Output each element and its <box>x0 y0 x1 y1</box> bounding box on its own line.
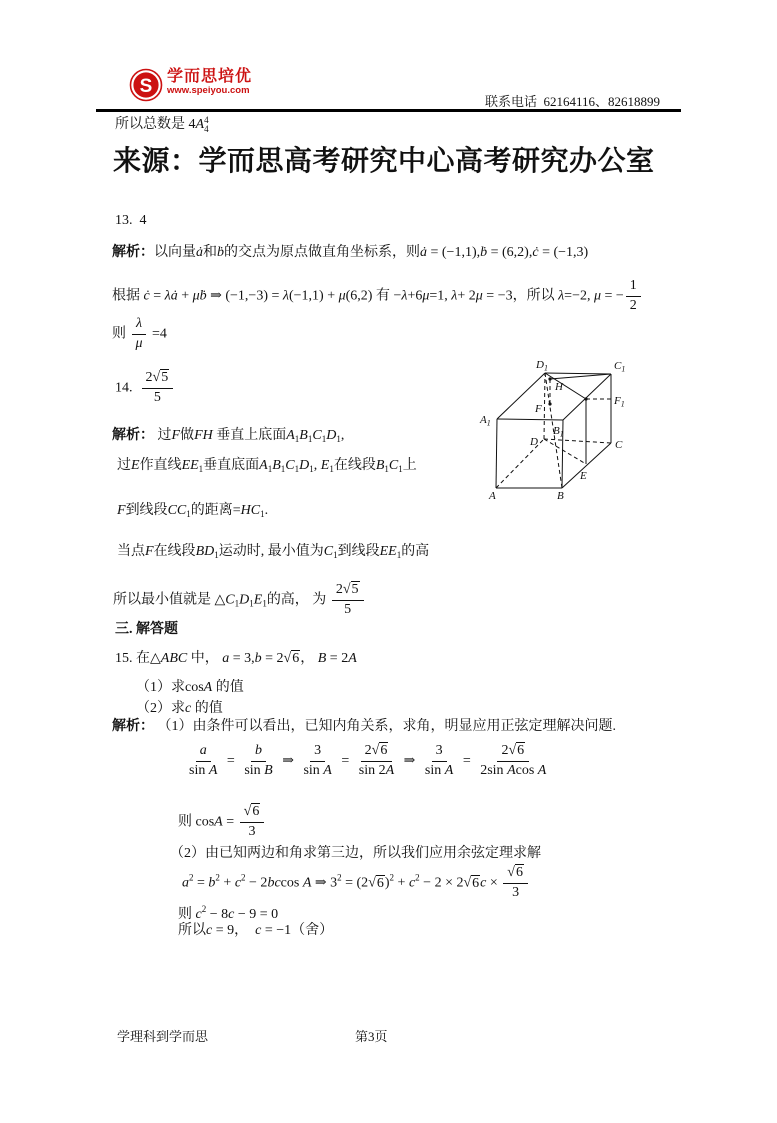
text-run: = − <box>601 289 624 304</box>
text-run: (6,2) 有 − <box>346 289 402 304</box>
math-var: D <box>299 458 309 473</box>
doc-line-18: 则 cosA = √63 <box>178 803 266 842</box>
math-var: A <box>196 117 205 132</box>
math-var: ȧ <box>171 289 178 304</box>
math-var: B <box>272 458 281 473</box>
fraction: 2√6sin 2A <box>355 742 398 781</box>
math-var: B <box>318 651 327 666</box>
text-run: 3 <box>512 885 519 900</box>
text-run: 在线段 <box>334 458 376 473</box>
text-run: = (6,2), <box>487 245 532 260</box>
text-run: 6 <box>252 804 259 819</box>
square-root: √6 <box>284 650 301 666</box>
math-var: E <box>131 458 140 473</box>
footer-page-number: 第3页 <box>355 1026 388 1045</box>
text-run: + <box>394 876 409 891</box>
text-run: 过 <box>117 458 131 473</box>
text-run: ⇒ <box>400 754 419 769</box>
text-run: sin 2 <box>359 763 386 778</box>
text-run: 3 <box>436 743 443 758</box>
math-var: CC <box>168 503 187 518</box>
point-label-F: F <box>534 403 542 415</box>
text-run: 运动时, 最小值为 <box>219 544 324 559</box>
text-run: 5 <box>344 602 351 617</box>
text-run: 2 <box>365 743 372 758</box>
math-var: ḃ <box>200 289 207 304</box>
doc-line-6: 14. 2√55 <box>115 369 175 408</box>
text-run: 3 <box>314 743 321 758</box>
point-label-E: E <box>579 470 587 482</box>
figure-edge <box>550 374 611 379</box>
vertex-label-B: B <box>557 490 564 502</box>
math-var: A <box>386 763 395 778</box>
text-run: 2 <box>630 298 637 313</box>
text-run: (−1,1) + <box>289 289 339 304</box>
fraction: 3sin A <box>421 742 457 781</box>
math-var: A <box>209 763 218 778</box>
fraction: λμ <box>132 315 147 354</box>
figure-edge <box>496 419 497 488</box>
text-run: = (−1,1), <box>427 245 480 260</box>
math-var: μ <box>594 289 601 304</box>
text-run: = 9， <box>212 923 255 938</box>
brand-logo: S 学而思培优 www.speiyou.com <box>129 68 252 102</box>
vertex-label-A1: A1 <box>479 414 491 428</box>
text-run: = <box>459 754 474 769</box>
text-run: 以向量 <box>154 245 196 260</box>
math-var: μ <box>193 289 200 304</box>
math-var: A <box>538 763 547 778</box>
square-root: √5 <box>343 581 360 597</box>
text-run: − 2 × 2 <box>420 876 464 891</box>
text-run: 中， <box>187 651 222 666</box>
math-var: μ <box>339 289 346 304</box>
doc-line-17: asin A = bsin B ⇒ 3sin A = 2√6sin 2A ⇒ 3… <box>183 742 552 781</box>
doc-line-19: （2）由已知两边和角求第三边，所以我们应用余弦定理求解 <box>170 845 541 864</box>
text-run: 的值 <box>191 701 223 716</box>
math-var: bc <box>267 876 280 891</box>
vertex-label-D: D <box>529 436 538 448</box>
brand-name: 学而思培优 <box>167 68 252 85</box>
doc-line-14: （1）求cosA 的值 <box>136 679 244 698</box>
text-run: 14. <box>115 381 140 396</box>
math-var: A <box>259 458 268 473</box>
math-var: F <box>117 503 126 518</box>
doc-line-1: 来源：学而思高考研究中心高考研究办公室 <box>113 143 655 181</box>
text-run: + <box>220 876 235 891</box>
text-run: + 2 <box>457 289 475 304</box>
math-var: A <box>445 763 454 778</box>
square-root: √6 <box>244 803 261 819</box>
math-var: C <box>285 458 294 473</box>
math-var: a <box>182 876 189 891</box>
text-run: + <box>178 289 193 304</box>
text-run: 三. 解答题 <box>115 622 178 637</box>
text-run: 则 <box>178 907 196 922</box>
text-run: = 2 <box>326 651 348 666</box>
math-var: A <box>204 680 213 695</box>
fraction: 2√62sin Acos A <box>476 742 550 781</box>
text-run: 15. 在△ <box>115 651 161 666</box>
text-run: = (2 <box>342 876 369 891</box>
text-run: sin <box>244 763 264 778</box>
doc-line-20: a2 = b2 + c2 − 2bccos A ⇒ 32 = (2√6)2 + … <box>182 864 530 903</box>
math-var: A <box>348 651 357 666</box>
fraction: 2√55 <box>142 369 174 408</box>
figure-hidden-edge <box>544 373 545 439</box>
text-run: = −3，所以 <box>483 289 558 304</box>
text-run: − 9 = 0 <box>234 907 278 922</box>
text-run: 所以最小值就是 △ <box>113 593 225 608</box>
text-run: 垂直上底面 <box>213 428 287 443</box>
text-run: （2）求 <box>136 701 185 716</box>
doc-line-16: 解析： （1）由条件可以看出，已知内角关系，求角，明显应用正弦定理解决问题. <box>112 718 616 737</box>
doc-line-15: （2）求c 的值 <box>136 700 223 719</box>
text-run: = 2 <box>262 651 284 666</box>
document-page: S 学而思培优 www.speiyou.com 联系电话 62164116、82… <box>0 0 777 1123</box>
text-run: +6 <box>407 289 422 304</box>
text-run: 做 <box>180 428 194 443</box>
math-var: ȧ <box>196 245 203 260</box>
vertex-label-C: C <box>615 439 623 451</box>
text-run: 和 <box>203 245 217 260</box>
text-run: ， <box>300 651 318 666</box>
math-var: F <box>172 428 181 443</box>
text-run: 6 <box>516 865 523 880</box>
contact-phone: 联系电话 62164116、82618899 <box>485 91 660 110</box>
text-run: 5 <box>352 582 359 597</box>
text-run: 的高， 为 <box>267 593 330 608</box>
math-var: b <box>255 651 262 666</box>
vertex-label-C1: C1 <box>614 360 625 374</box>
figure-hidden-edge <box>544 439 611 443</box>
text-run: sin <box>189 763 209 778</box>
contact-phone-numbers: 62164116、82618899 <box>543 94 660 109</box>
math-var: a <box>200 743 207 758</box>
text-run: − 8 <box>206 907 228 922</box>
text-run: × <box>486 876 501 891</box>
math-var: HC <box>241 503 260 518</box>
figure-edge <box>545 373 611 374</box>
math-var: FH <box>194 428 213 443</box>
doc-line-4: 根据 ċ = λȧ + μḃ ⇒ (−1,−3) = λ(−1,1) + μ(6… <box>112 277 643 316</box>
text-run: 1 <box>630 278 637 293</box>
math-var: C <box>324 544 333 559</box>
text-run: cos <box>516 763 538 778</box>
square-root: √6 <box>368 875 385 891</box>
text-run: 5 <box>154 390 161 405</box>
figure-edge <box>563 374 611 420</box>
text-run: 解析： <box>112 719 154 734</box>
text-run: 13. 4 <box>115 213 147 228</box>
math-var: b <box>255 743 262 758</box>
contact-label: 联系电话 <box>485 94 537 109</box>
text-run: 解析： <box>112 245 154 260</box>
math-var: C <box>225 593 234 608</box>
doc-line-10: 当点F在线段BD1运动时, 最小值为C1到线段EE1的高 <box>117 543 429 562</box>
text-run: − 2 <box>246 876 268 891</box>
text-run: 2 <box>336 582 343 597</box>
text-run: 当点 <box>117 544 145 559</box>
figure-hidden-edge <box>544 439 586 464</box>
text-run: 到线段 <box>126 503 168 518</box>
text-run: 6 <box>377 876 384 891</box>
text-run: =−2, <box>564 289 594 304</box>
text-run: sin <box>303 763 323 778</box>
text-run: 的高 <box>401 544 429 559</box>
text-run: 6 <box>380 743 387 758</box>
text-run: =4 <box>149 327 167 342</box>
text-run: ⇒ 3 <box>311 876 337 891</box>
text-run: 5 <box>161 370 168 385</box>
text-run: ⇒ (−1,−3) = <box>207 289 283 304</box>
square-root: √6 <box>507 864 524 880</box>
doc-line-7: 解析： 过F做FH 垂直上底面A1B1C1D1, <box>112 427 344 446</box>
vertex-label-D1: D1 <box>535 359 548 373</box>
vertex-label-B1: B1 <box>553 425 564 439</box>
text-run: = (−1,3) <box>539 245 589 260</box>
text-run: 过 <box>154 428 172 443</box>
math-var: D <box>326 428 336 443</box>
text-run: 在线段 <box>154 544 196 559</box>
text-run: （1）由条件可以看出，已知内角关系，求角，明显应用正弦定理解决问题. <box>154 719 616 734</box>
doc-line-12: 三. 解答题 <box>115 621 178 640</box>
text-run: , <box>314 458 321 473</box>
math-var: ȧ <box>420 245 427 260</box>
figure-point <box>548 377 551 380</box>
text-run: , <box>341 428 345 443</box>
header-divider <box>96 109 681 112</box>
text-run: 所以总数是 4 <box>115 117 196 132</box>
text-run: = 3, <box>229 651 254 666</box>
math-var: μ <box>476 289 483 304</box>
math-var: B <box>264 763 273 778</box>
point-label-F1: F1 <box>613 395 625 409</box>
fraction: 3sin A <box>299 742 335 781</box>
text-run: = −1（舍） <box>261 923 333 938</box>
text-run: 6 <box>472 876 479 891</box>
math-var: EE <box>380 544 397 559</box>
math-var: B <box>299 428 308 443</box>
math-var: μ <box>136 336 143 351</box>
math-var: BD <box>196 544 215 559</box>
figure-edge <box>497 419 563 420</box>
math-var: ḃ <box>217 245 224 260</box>
doc-line-9: F到线段CC1的距离=HC1. <box>117 502 268 521</box>
doc-line-11: 所以最小值就是 △C1D1E1的高， 为 2√55 <box>113 581 366 620</box>
text-run: 到线段 <box>338 544 380 559</box>
math-var: A <box>323 763 332 778</box>
text-run: =1, <box>429 289 451 304</box>
fraction: bsin B <box>240 742 276 781</box>
square-root: √6 <box>463 875 480 891</box>
doc-line-3: 解析：以向量ȧ和ḃ的交点为原点做直角坐标系，则ȧ = (−1,1),ḃ = (6… <box>112 244 588 263</box>
text-run: 上 <box>403 458 417 473</box>
text-run: 3 <box>248 824 255 839</box>
text-run: 所以 <box>178 923 206 938</box>
math-var: A <box>214 815 223 830</box>
text-run: ⇒ <box>279 754 298 769</box>
text-run: 6 <box>517 743 524 758</box>
text-run: （1）求cos <box>136 680 204 695</box>
logo-letter: S <box>140 76 153 97</box>
doc-line-22: 所以c = 9， c = −1（舍） <box>178 922 333 941</box>
text-run: = <box>338 754 353 769</box>
stacked-sub-sup: 44 <box>204 116 209 134</box>
text-run: = <box>150 289 165 304</box>
vertex-label-A: A <box>488 490 496 502</box>
text-run: 的值 <box>212 680 244 695</box>
fraction: 2√55 <box>332 581 364 620</box>
text-run: = <box>223 815 238 830</box>
math-var: C <box>312 428 321 443</box>
doc-line-5: 则 λμ =4 <box>112 315 167 354</box>
text-run: 的交点为原点做直角坐标系，则 <box>224 245 420 260</box>
doc-line-0: 所以总数是 4A44 <box>115 116 209 135</box>
math-var: λ <box>136 316 142 331</box>
cuboid-figure-svg: A1D1C1HF1FB1DCEAB <box>468 346 663 506</box>
fraction: 12 <box>626 277 641 316</box>
footer-slogan: 学理科到学而思 <box>117 1026 208 1045</box>
text-run: 解析： <box>112 428 154 443</box>
text-run: 垂直底面 <box>203 458 259 473</box>
math-var: C <box>389 458 398 473</box>
math-var: EE <box>182 458 199 473</box>
text-run: = <box>223 754 238 769</box>
text-run: 作直线 <box>140 458 182 473</box>
text-run: 来源：学而思高考研究中心高考研究办公室 <box>113 146 655 177</box>
doc-line-13: 15. 在△ABC 中， a = 3,b = 2√6， B = 2A <box>115 650 357 669</box>
text-run: （2）由已知两边和角求第三边，所以我们应用余弦定理求解 <box>170 846 541 861</box>
square-root: √5 <box>153 369 170 385</box>
math-var: A <box>286 428 295 443</box>
text-run: . <box>265 503 269 518</box>
text-run: = <box>194 876 209 891</box>
point-label-H: H <box>554 381 564 393</box>
fraction: √63 <box>503 864 528 903</box>
math-var: A <box>507 763 516 778</box>
text-run: 6 <box>292 651 299 666</box>
brand-logo-icon: S <box>129 68 163 102</box>
square-root: √6 <box>372 742 389 758</box>
cuboid-figure: A1D1C1HF1FB1DCEAB <box>468 346 663 506</box>
text-run: 2 <box>146 370 153 385</box>
text-run: 2sin <box>480 763 507 778</box>
text-run: 根据 <box>112 289 144 304</box>
square-root: √6 <box>508 742 525 758</box>
text-run: sin <box>425 763 445 778</box>
math-var: D <box>239 593 249 608</box>
text-run: cos <box>281 876 303 891</box>
text-run: 则 cos <box>178 815 214 830</box>
brand-text-block: 学而思培优 www.speiyou.com <box>167 68 252 96</box>
math-var: F <box>145 544 154 559</box>
figure-point <box>584 397 587 400</box>
brand-website: www.speiyou.com <box>167 85 252 96</box>
fraction: √63 <box>240 803 265 842</box>
text-run: 的距离= <box>191 503 241 518</box>
fraction: asin A <box>185 742 221 781</box>
doc-line-8: 过E作直线EE1垂直底面A1B1C1D1, E1在线段B1C1上 <box>117 457 417 476</box>
math-var: ABC <box>161 651 187 666</box>
figure-point <box>548 402 551 405</box>
doc-line-2: 13. 4 <box>115 212 147 231</box>
text-run: 则 <box>112 327 130 342</box>
